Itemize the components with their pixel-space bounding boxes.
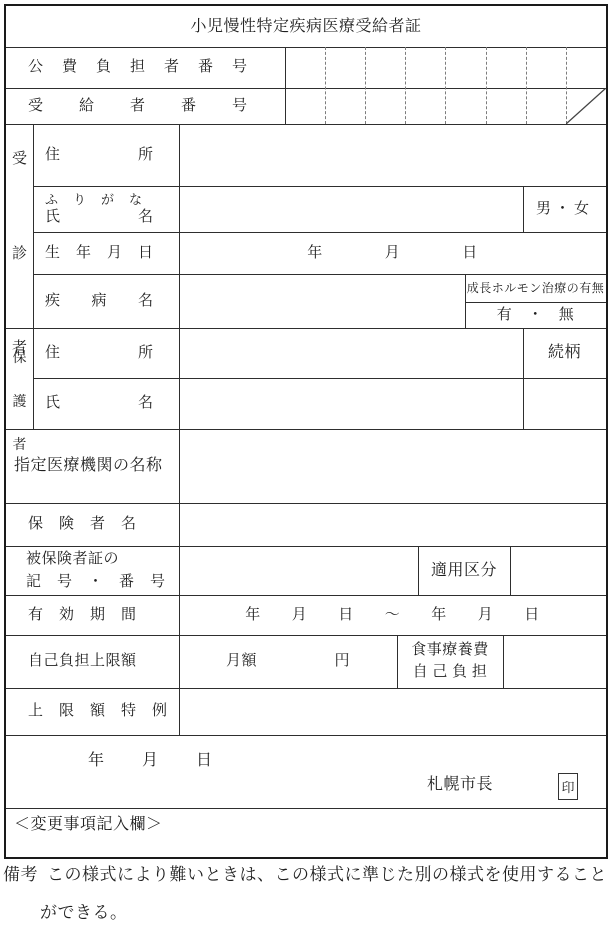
- dashed-divider: [486, 47, 487, 124]
- insured-card-label-line2: 記 号 ・ 番 号: [26, 571, 166, 594]
- guardian-address-label: 住 所: [45, 328, 154, 378]
- institution-label: 指定医療機関の名称: [14, 429, 163, 503]
- category-label: 適用区分: [418, 546, 510, 595]
- guardian-name-label: 氏 名: [45, 378, 154, 429]
- validity-value: 年 月 日 ～ 年 月 日: [179, 595, 606, 635]
- disease-name-label: 疾 病 名: [45, 274, 154, 328]
- patient-name-label: 氏 名: [45, 208, 154, 227]
- change-entry-label: ＜変更事項記入欄＞: [14, 810, 163, 840]
- remarks-line1: この様式により難いときは、この様式に準じた別の様式を使用すること: [47, 864, 607, 885]
- growth-hormone-label: 成長ホルモン治療の有無: [465, 274, 606, 302]
- dashed-divider: [445, 47, 446, 124]
- dashed-divider: [365, 47, 366, 124]
- table-line: [33, 124, 34, 429]
- insurer-label: 保 険 者 名: [28, 503, 137, 546]
- insured-card-label-line1: 被保険者証の: [26, 548, 119, 571]
- dashed-divider: [405, 47, 406, 124]
- validity-label: 有 効 期 間: [28, 595, 137, 635]
- remarks-line2: ができる。: [40, 900, 128, 926]
- fee-payer-number-label: 公 費 負 担 者 番 号: [28, 47, 249, 88]
- patient-address-label: 住 所: [45, 124, 154, 186]
- relationship-label: 続柄: [523, 328, 606, 378]
- table-line: [503, 635, 504, 688]
- table-line: [6, 735, 606, 736]
- mayor-name: 札幌市長: [427, 770, 493, 800]
- meal-expense-label-line2: 自 己 負 担: [413, 662, 488, 684]
- copay-limit-label: 自己負担上限額: [28, 635, 137, 688]
- meal-expense-label-line1: 食事療養費: [411, 640, 489, 662]
- certificate-form: 小児慢性特定疾病医療受給者証 公 費 負 担 者 番 号 受 給 者 番 号 受…: [4, 4, 608, 859]
- dashed-divider: [325, 47, 326, 124]
- diagonal-slash-icon: [566, 88, 606, 124]
- recipient-number-label: 受 給 者 番 号: [28, 88, 249, 124]
- dashed-divider: [526, 47, 527, 124]
- form-title: 小児慢性特定疾病医療受給者証: [6, 6, 606, 47]
- table-line: [285, 47, 286, 124]
- seal-box: 印: [558, 773, 578, 800]
- birth-date-label: 生 年 月 日: [45, 232, 154, 274]
- issue-date: 年 月 日: [88, 744, 214, 778]
- copay-limit-value: 月額 円: [179, 635, 397, 688]
- table-line: [6, 808, 606, 809]
- limit-special-label: 上 限 額 特 例: [28, 688, 168, 735]
- table-line: [510, 546, 511, 595]
- sex-options: 男・女: [523, 186, 606, 232]
- remarks-prefix: 備考: [3, 864, 38, 885]
- furigana-label: ふ り が な: [45, 192, 143, 208]
- growth-hormone-options: 有 ・ 無: [465, 302, 606, 328]
- birth-date-value: 年 月 日: [179, 232, 606, 274]
